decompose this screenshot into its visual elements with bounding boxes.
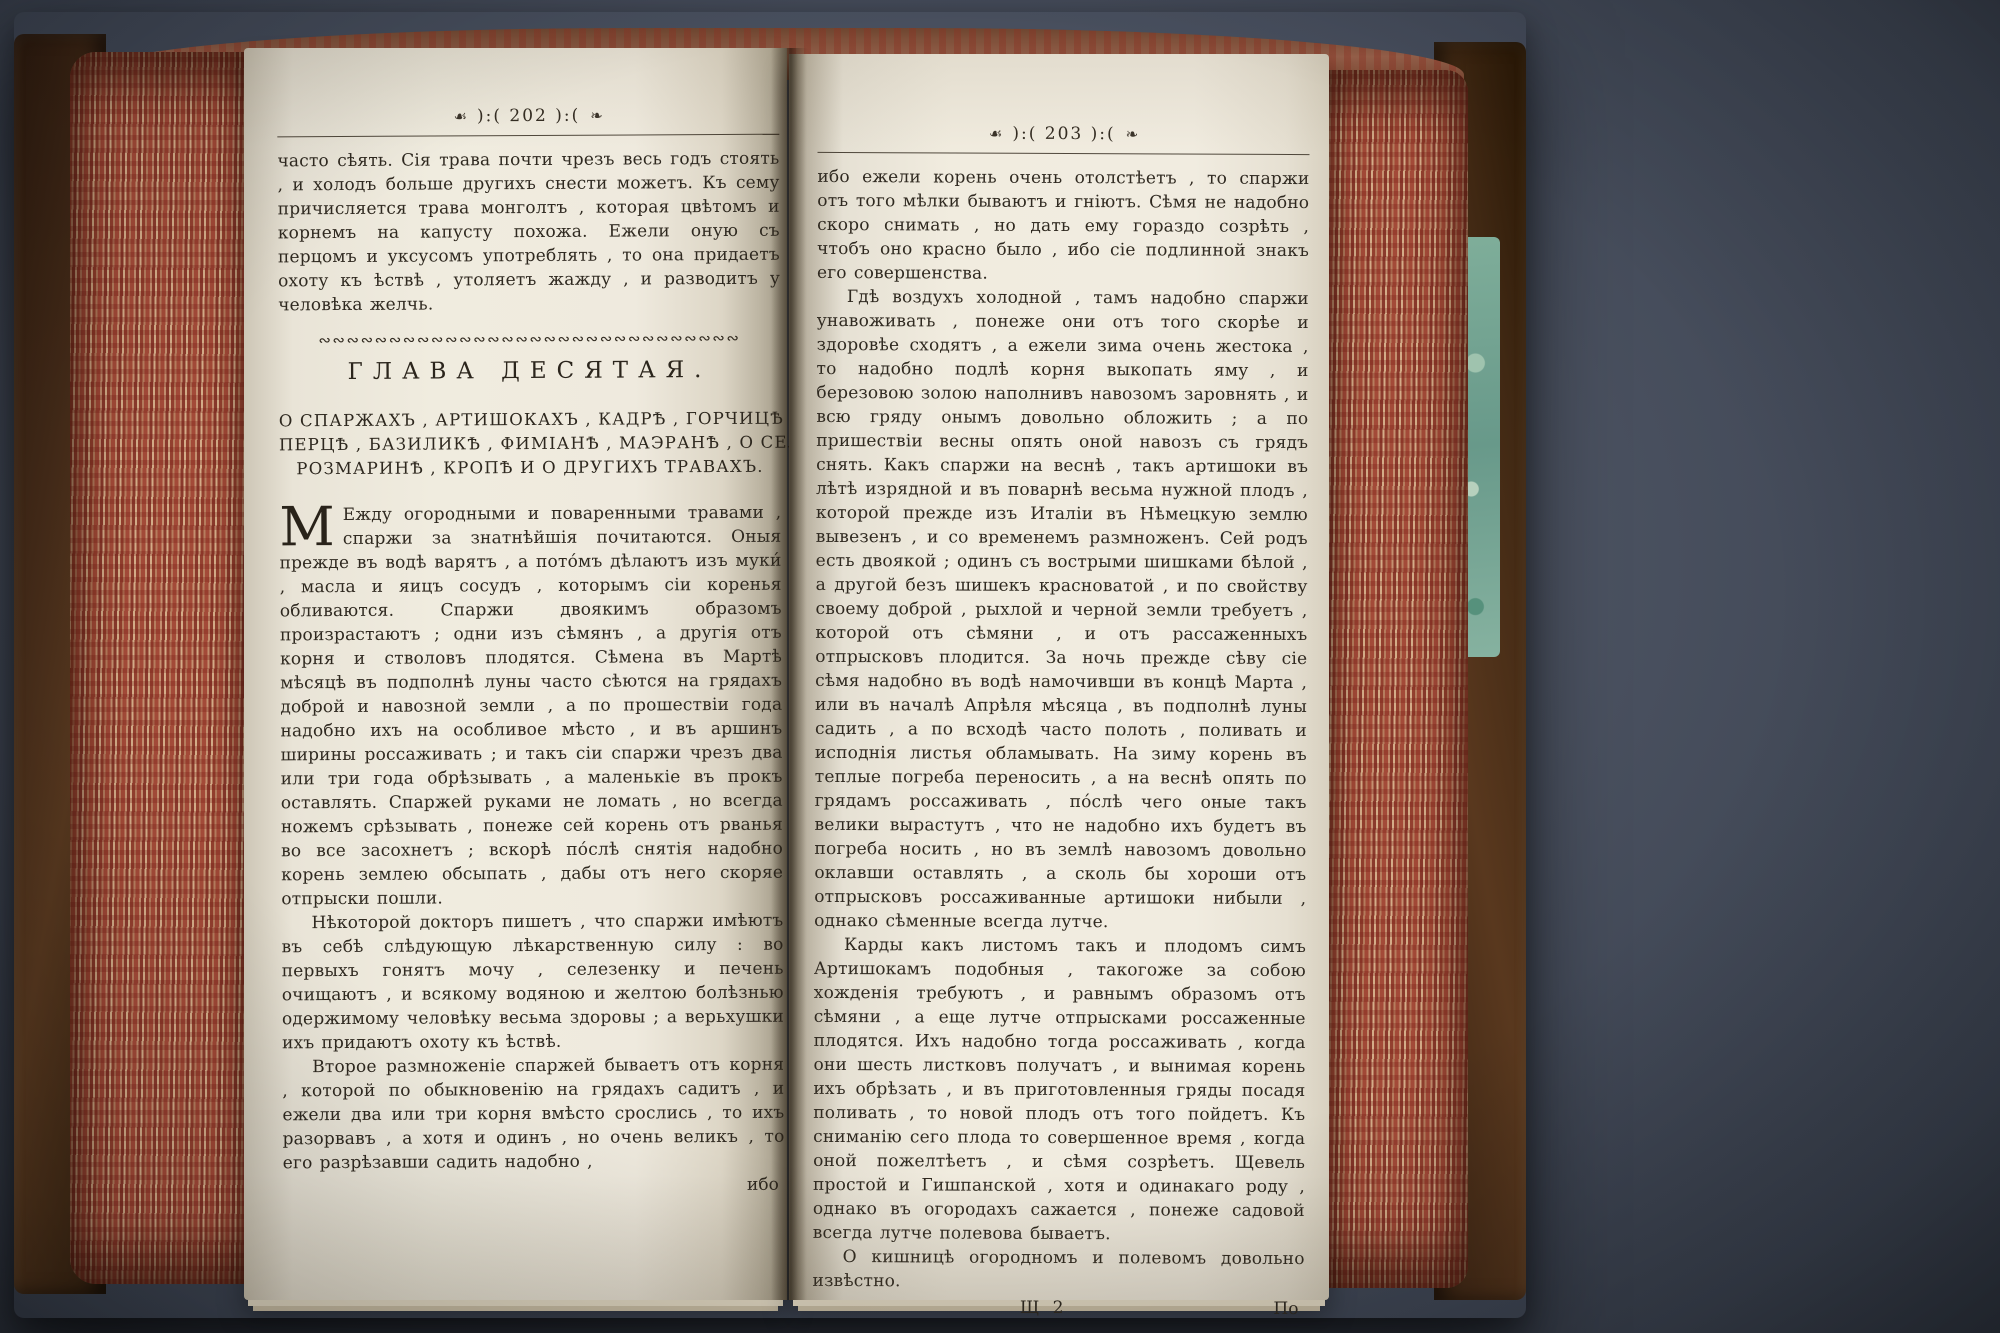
fleuron-icon: ☙ <box>989 125 1003 143</box>
chapter-subtitle: О СПАРЖАХЪ , АРТИШОКАХЪ , КАДРѢ , ГОРЧИЦ… <box>279 407 781 482</box>
continuation-paragraph: ибо ежели корень очень отолстѣетъ , то с… <box>817 165 1310 287</box>
page-number: 203 <box>1045 124 1084 144</box>
section-divider-ornament-icon: ∾∾∾∾∾∾∾∾∾∾∾∾∾∾∾∾∾∾∾∾∾∾∾∾∾∾∾∾∾∾ <box>278 329 780 350</box>
header-bracket: ):( <box>1091 124 1116 144</box>
body-paragraph: Карды какъ листомъ такъ и плодомъ симъ А… <box>813 933 1306 1247</box>
right-fore-edge <box>1316 70 1468 1288</box>
open-book: ☙):( 202 ):(❧ часто сѣять. Сія трава поч… <box>14 12 1526 1318</box>
right-page: ☙):( 203 ):(❧ ибо ежели корень очень ото… <box>789 54 1329 1300</box>
body-paragraph: Второе размноженіе спаржей бываетъ отъ к… <box>282 1053 785 1176</box>
signature-mark: Щ 2 <box>1020 1298 1068 1318</box>
left-page: ☙):( 202 ):(❧ часто сѣять. Сія трава поч… <box>244 48 787 1300</box>
fleuron-icon: ❧ <box>590 107 603 125</box>
chapter-subtitle-line: О СПАРЖАХЪ , АРТИШОКАХЪ , КАДРѢ , ГОРЧИЦ… <box>279 407 781 434</box>
header-bracket: ):( <box>1012 124 1037 144</box>
right-page-content: ☙):( 203 ):(❧ ибо ежели корень очень ото… <box>812 123 1309 1325</box>
left-page-content: ☙):( 202 ):(❧ часто сѣять. Сія трава поч… <box>277 105 785 1198</box>
chapter-subtitle-line: РОЗМАРИНѢ , КРОПѢ И О ДРУГИХЪ ТРАВАХЪ. <box>279 455 781 482</box>
body-paragraph: Нѣкоторой докторъ пишетъ , что спаржи им… <box>281 909 784 1056</box>
chapter-subtitle-line: ПЕРЦѢ , БАЗИЛИКѢ , ФИМІАНѢ , МАЭРАНѢ , О… <box>279 431 781 458</box>
body-paragraph: Гдѣ воздухъ холодной , тамъ надобно спар… <box>814 285 1309 935</box>
continuation-paragraph: часто сѣять. Сія трава почти чрезъ весь … <box>277 147 780 318</box>
photo-background: ☙):( 202 ):(❧ часто сѣять. Сія трава поч… <box>0 0 2000 1333</box>
header-bracket: ):( <box>555 106 580 126</box>
chapter-heading: ГЛАВА ДЕСЯТАЯ. <box>278 357 780 386</box>
left-running-head: ☙):( 202 ):(❧ <box>277 105 779 128</box>
running-head-rule <box>817 152 1309 155</box>
body-paragraph: МЕжду огородными и поваренными травами ,… <box>279 501 783 912</box>
left-fore-edge <box>70 52 262 1284</box>
fleuron-icon: ☙ <box>453 107 467 125</box>
fleuron-icon: ❧ <box>1126 125 1139 143</box>
running-head-rule <box>277 134 779 138</box>
catchword: ибо <box>283 1175 785 1198</box>
paragraph-text: Ежду огородными и поваренными травами , … <box>279 503 783 910</box>
drop-cap: М <box>279 503 343 549</box>
catchword: По <box>1273 1299 1298 1319</box>
header-bracket: ):( <box>477 106 502 126</box>
page-number: 202 <box>509 106 548 126</box>
right-running-head: ☙):( 203 ):(❧ <box>818 123 1310 145</box>
body-paragraph: О кишницѣ огородномъ и полевомъ довольно… <box>813 1245 1305 1295</box>
signature-row: Щ 2 По <box>812 1297 1304 1325</box>
